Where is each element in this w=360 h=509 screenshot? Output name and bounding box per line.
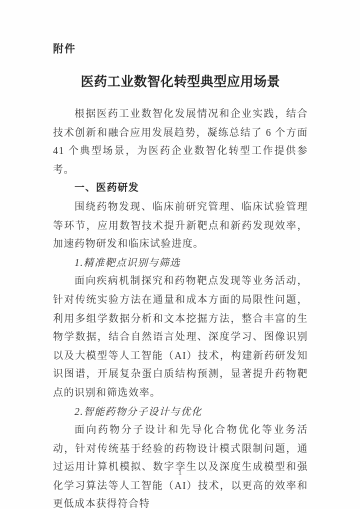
item-heading-1: 1.精准靶点识别与筛选 bbox=[53, 255, 308, 274]
attachment-label: 附件 bbox=[53, 43, 308, 56]
item-heading-2: 2.智能药物分子设计与优化 bbox=[53, 404, 308, 423]
page-number: 1 bbox=[0, 468, 360, 477]
document-title: 医药工业数智化转型典型应用场景 bbox=[53, 74, 308, 90]
paragraph-intro: 根据医药工业数智化发展情况和企业实践，结合技术创新和融合应用发展趋势，凝练总结了… bbox=[53, 106, 308, 180]
paragraph-section-overview: 围绕药物发现、临床前研究管理、临床试验管理等环节，应用数智技术提升新靶点和新药发… bbox=[53, 199, 308, 255]
document-page: 附件 医药工业数智化转型典型应用场景 根据医药工业数智化发展情况和企业实践，结合… bbox=[0, 0, 360, 509]
document-body: 根据医药工业数智化发展情况和企业实践，结合技术创新和融合应用发展趋势，凝练总结了… bbox=[53, 106, 308, 509]
paragraph-item-2: 面向药物分子设计和先导化合物优化等业务活动，针对传统基于经验的药物设计模式限制问… bbox=[53, 422, 308, 509]
document-content: 附件 医药工业数智化转型典型应用场景 根据医药工业数智化发展情况和企业实践，结合… bbox=[53, 0, 308, 509]
paragraph-item-1: 面向疾病机制探究和药物靶点发现等业务活动，针对传统实验方法在通量和成本方面的局限… bbox=[53, 273, 308, 403]
section-heading-1: 一、医药研发 bbox=[53, 180, 308, 199]
